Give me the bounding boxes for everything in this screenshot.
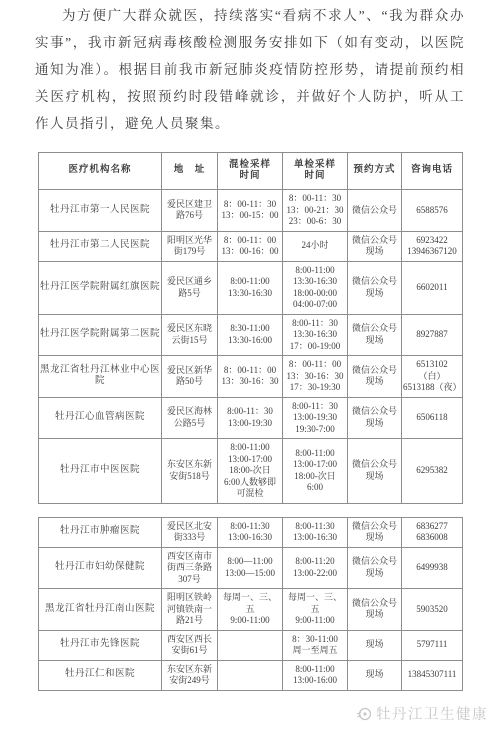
cell-address: 阳明区铁岭 河镇铁南一 路21号 — [162, 589, 218, 631]
cell-single: 8：30-11:00 周一至周五 — [283, 630, 348, 660]
table-row: 黑龙江省牡丹江南山医院阳明区铁岭 河镇铁南一 路21号每周一、三、五 9:00-… — [39, 589, 463, 631]
cell-phone: 6295382 — [402, 439, 463, 504]
cell-booking: 微信公众号 现场 — [348, 589, 402, 631]
cell-mixed: 8:00-11：30 13:00-19:30 — [218, 397, 283, 439]
cell-booking: 微信公众号 现场 — [348, 356, 402, 398]
cell-name: 牡丹江医学院附属红旗医院 — [39, 261, 162, 314]
cell-single: 8：00-11：00 13：30-16：30 17：30-19:30 — [283, 356, 348, 398]
table-row: 牡丹江市第一人民医院爱民区建卫 路76号8：00-11：30 13：00-15：… — [39, 190, 463, 232]
cell-name: 牡丹江市中医医院 — [39, 439, 162, 504]
covid-testing-table-main: 医疗机构名称地 址混检采样 时间单检采样 时间预约方式咨询电话牡丹江市第一人民医… — [38, 152, 463, 504]
cell-booking: 微信公众号 现场 — [348, 547, 402, 589]
cell-mixed: 8:00-11:00 13:30-16:30 — [218, 261, 283, 314]
hospital-tables: 医疗机构名称地 址混检采样 时间单检采样 时间预约方式咨询电话牡丹江市第一人民医… — [38, 152, 462, 691]
cell-single: 8:00-11:00 13:00-16:00 — [283, 660, 348, 690]
cell-address: 西安区西长 安街61号 — [162, 630, 218, 660]
cell-address: 爱民区东晓 云街15号 — [162, 314, 218, 356]
table-row: 牡丹江仁和医院东安区东新 安街249号8:00-11:00 13:00-16:0… — [39, 660, 463, 690]
cell-booking: 微信公众号 现场 — [348, 231, 402, 261]
cell-mixed: 8:30-11:00 13:30-16:00 — [218, 314, 283, 356]
cell-single: 8:00-11:20 13:00-22:00 — [283, 547, 348, 589]
cell-booking: 微信公众号 现场 — [348, 261, 402, 314]
column-header-single: 单检采样 时间 — [283, 153, 348, 190]
cell-mixed — [218, 630, 283, 660]
cell-single: 8:00-11:30 13:00-16:30 — [283, 517, 348, 547]
cell-phone: 6513102（白） 6513188（夜） — [402, 356, 463, 398]
cell-booking: 微信公众号 现场 — [348, 439, 402, 504]
cell-name: 牡丹江市第二人民医院 — [39, 231, 162, 261]
cell-address: 东安区东新 安街249号 — [162, 660, 218, 690]
cell-booking: 微信公众号 现场 — [348, 397, 402, 439]
table-row: 牡丹江市妇幼保健院西安区南市 街西三条路 307号8:00—11:00 13:0… — [39, 547, 463, 589]
cell-name: 牡丹江市第一人民医院 — [39, 190, 162, 232]
cell-mixed: 8：00-11：00 13：30-16：30 — [218, 356, 283, 398]
cell-phone: 6923422 13946367120 — [402, 231, 463, 261]
watermark-logo-icon — [356, 706, 372, 722]
table-row: 牡丹江心血管病医院爱民区海林 公路5号8:00-11：30 13:00-19:3… — [39, 397, 463, 439]
cell-booking: 微信公众号 现场 — [348, 314, 402, 356]
cell-address: 爱民区建卫 路76号 — [162, 190, 218, 232]
cell-name: 牡丹江医学院附属第二医院 — [39, 314, 162, 356]
cell-name: 牡丹江心血管病医院 — [39, 397, 162, 439]
cell-address: 爱民区海林 公路5号 — [162, 397, 218, 439]
cell-single: 每周一、三、五 9:00-11:00 — [283, 589, 348, 631]
cell-mixed: 8：00-11：00 13：00-16：00 — [218, 231, 283, 261]
covid-testing-table-secondary: 牡丹江市肿瘤医院爱民区北安 街333号8:00-11:30 13:00-16:3… — [38, 517, 463, 691]
table-row: 牡丹江市中医医院东安区东新 安街518号8:00-11:00 13:00-17:… — [39, 439, 463, 504]
cell-phone: 5797111 — [402, 630, 463, 660]
cell-mixed: 每周一、三、五 9:00-11:00 — [218, 589, 283, 631]
cell-name: 牡丹江市肿瘤医院 — [39, 517, 162, 547]
cell-booking: 现场 — [348, 630, 402, 660]
cell-mixed: 8：00-11：30 13：00-15：00 — [218, 190, 283, 232]
cell-single: 8:00-11：30 13:00-19:30 19:30-7:00 — [283, 397, 348, 439]
table-row: 牡丹江医学院附属第二医院爱民区东晓 云街15号8:30-11:00 13:30-… — [39, 314, 463, 356]
cell-address: 爱民区新华 路50号 — [162, 356, 218, 398]
watermark-text: 牡丹江卫生健康 — [376, 703, 488, 724]
cell-single: 8:00-11:00 13:00-17:00 18:00-次日 6:00 — [283, 439, 348, 504]
column-header-mixed: 混检采样 时间 — [218, 153, 283, 190]
cell-phone: 6602011 — [402, 261, 463, 314]
cell-address: 爱民区北安 街333号 — [162, 517, 218, 547]
cell-booking: 微信公众号 — [348, 190, 402, 232]
cell-phone: 6499938 — [402, 547, 463, 589]
cell-name: 牡丹江市妇幼保健院 — [39, 547, 162, 589]
cell-single: 24小时 — [283, 231, 348, 261]
column-header-booking: 预约方式 — [348, 153, 402, 190]
cell-booking: 现场 — [348, 660, 402, 690]
column-header-phone: 咨询电话 — [402, 153, 463, 190]
cell-phone: 5903520 — [402, 589, 463, 631]
cell-name: 牡丹江市先锋医院 — [39, 630, 162, 660]
column-header-name: 医疗机构名称 — [39, 153, 162, 190]
watermark: 牡丹江卫生健康 — [356, 703, 488, 724]
cell-phone: 6836277 6836008 — [402, 517, 463, 547]
cell-address: 西安区南市 街西三条路 307号 — [162, 547, 218, 589]
cell-single: 8:00-11：30 13:30-16:30 17：00-19:00 — [283, 314, 348, 356]
notice-page: 为方便广大群众就医，持续落实“看病不求人”、“我为群众办实事”，我市新冠病毒核酸… — [0, 0, 500, 740]
table-row: 牡丹江市先锋医院西安区西长 安街61号8：30-11:00 周一至周五现场579… — [39, 630, 463, 660]
table-row: 牡丹江市第二人民医院阳明区光华 街179号8：00-11：00 13：00-16… — [39, 231, 463, 261]
cell-phone: 8927887 — [402, 314, 463, 356]
cell-single: 8：00-11：30 13：00-21：30 23：00-6：30 — [283, 190, 348, 232]
cell-address: 爱民区通乡 路5号 — [162, 261, 218, 314]
table-row: 黑龙江省牡丹江林业中心医院爱民区新华 路50号8：00-11：00 13：30-… — [39, 356, 463, 398]
cell-name: 黑龙江省牡丹江南山医院 — [39, 589, 162, 631]
header-row: 医疗机构名称地 址混检采样 时间单检采样 时间预约方式咨询电话 — [39, 153, 463, 190]
cell-booking: 微信公众号 现场 — [348, 517, 402, 547]
cell-name: 黑龙江省牡丹江林业中心医院 — [39, 356, 162, 398]
cell-address: 阳明区光华 街179号 — [162, 231, 218, 261]
cell-phone: 6506118 — [402, 397, 463, 439]
cell-address: 东安区东新 安街518号 — [162, 439, 218, 504]
column-header-address: 地 址 — [162, 153, 218, 190]
cell-name: 牡丹江仁和医院 — [39, 660, 162, 690]
cell-single: 8:00-11:00 13:30-16:30 18:00-00:00 04:00… — [283, 261, 348, 314]
cell-mixed: 8:00—11:00 13:00—15:00 — [218, 547, 283, 589]
table-row: 牡丹江医学院附属红旗医院爱民区通乡 路5号8:00-11:00 13:30-16… — [39, 261, 463, 314]
cell-mixed — [218, 660, 283, 690]
cell-phone: 13845307111 — [402, 660, 463, 690]
table-row: 牡丹江市肿瘤医院爱民区北安 街333号8:00-11:30 13:00-16:3… — [39, 517, 463, 547]
cell-mixed: 8:00-11:30 13:00-16:30 — [218, 517, 283, 547]
cell-phone: 6588576 — [402, 190, 463, 232]
intro-paragraph: 为方便广大群众就医，持续落实“看病不求人”、“我为群众办实事”，我市新冠病毒核酸… — [35, 2, 465, 137]
cell-mixed: 8:00-11:00 13:00-17:00 18:00-次日 6:00人数够即… — [218, 439, 283, 504]
